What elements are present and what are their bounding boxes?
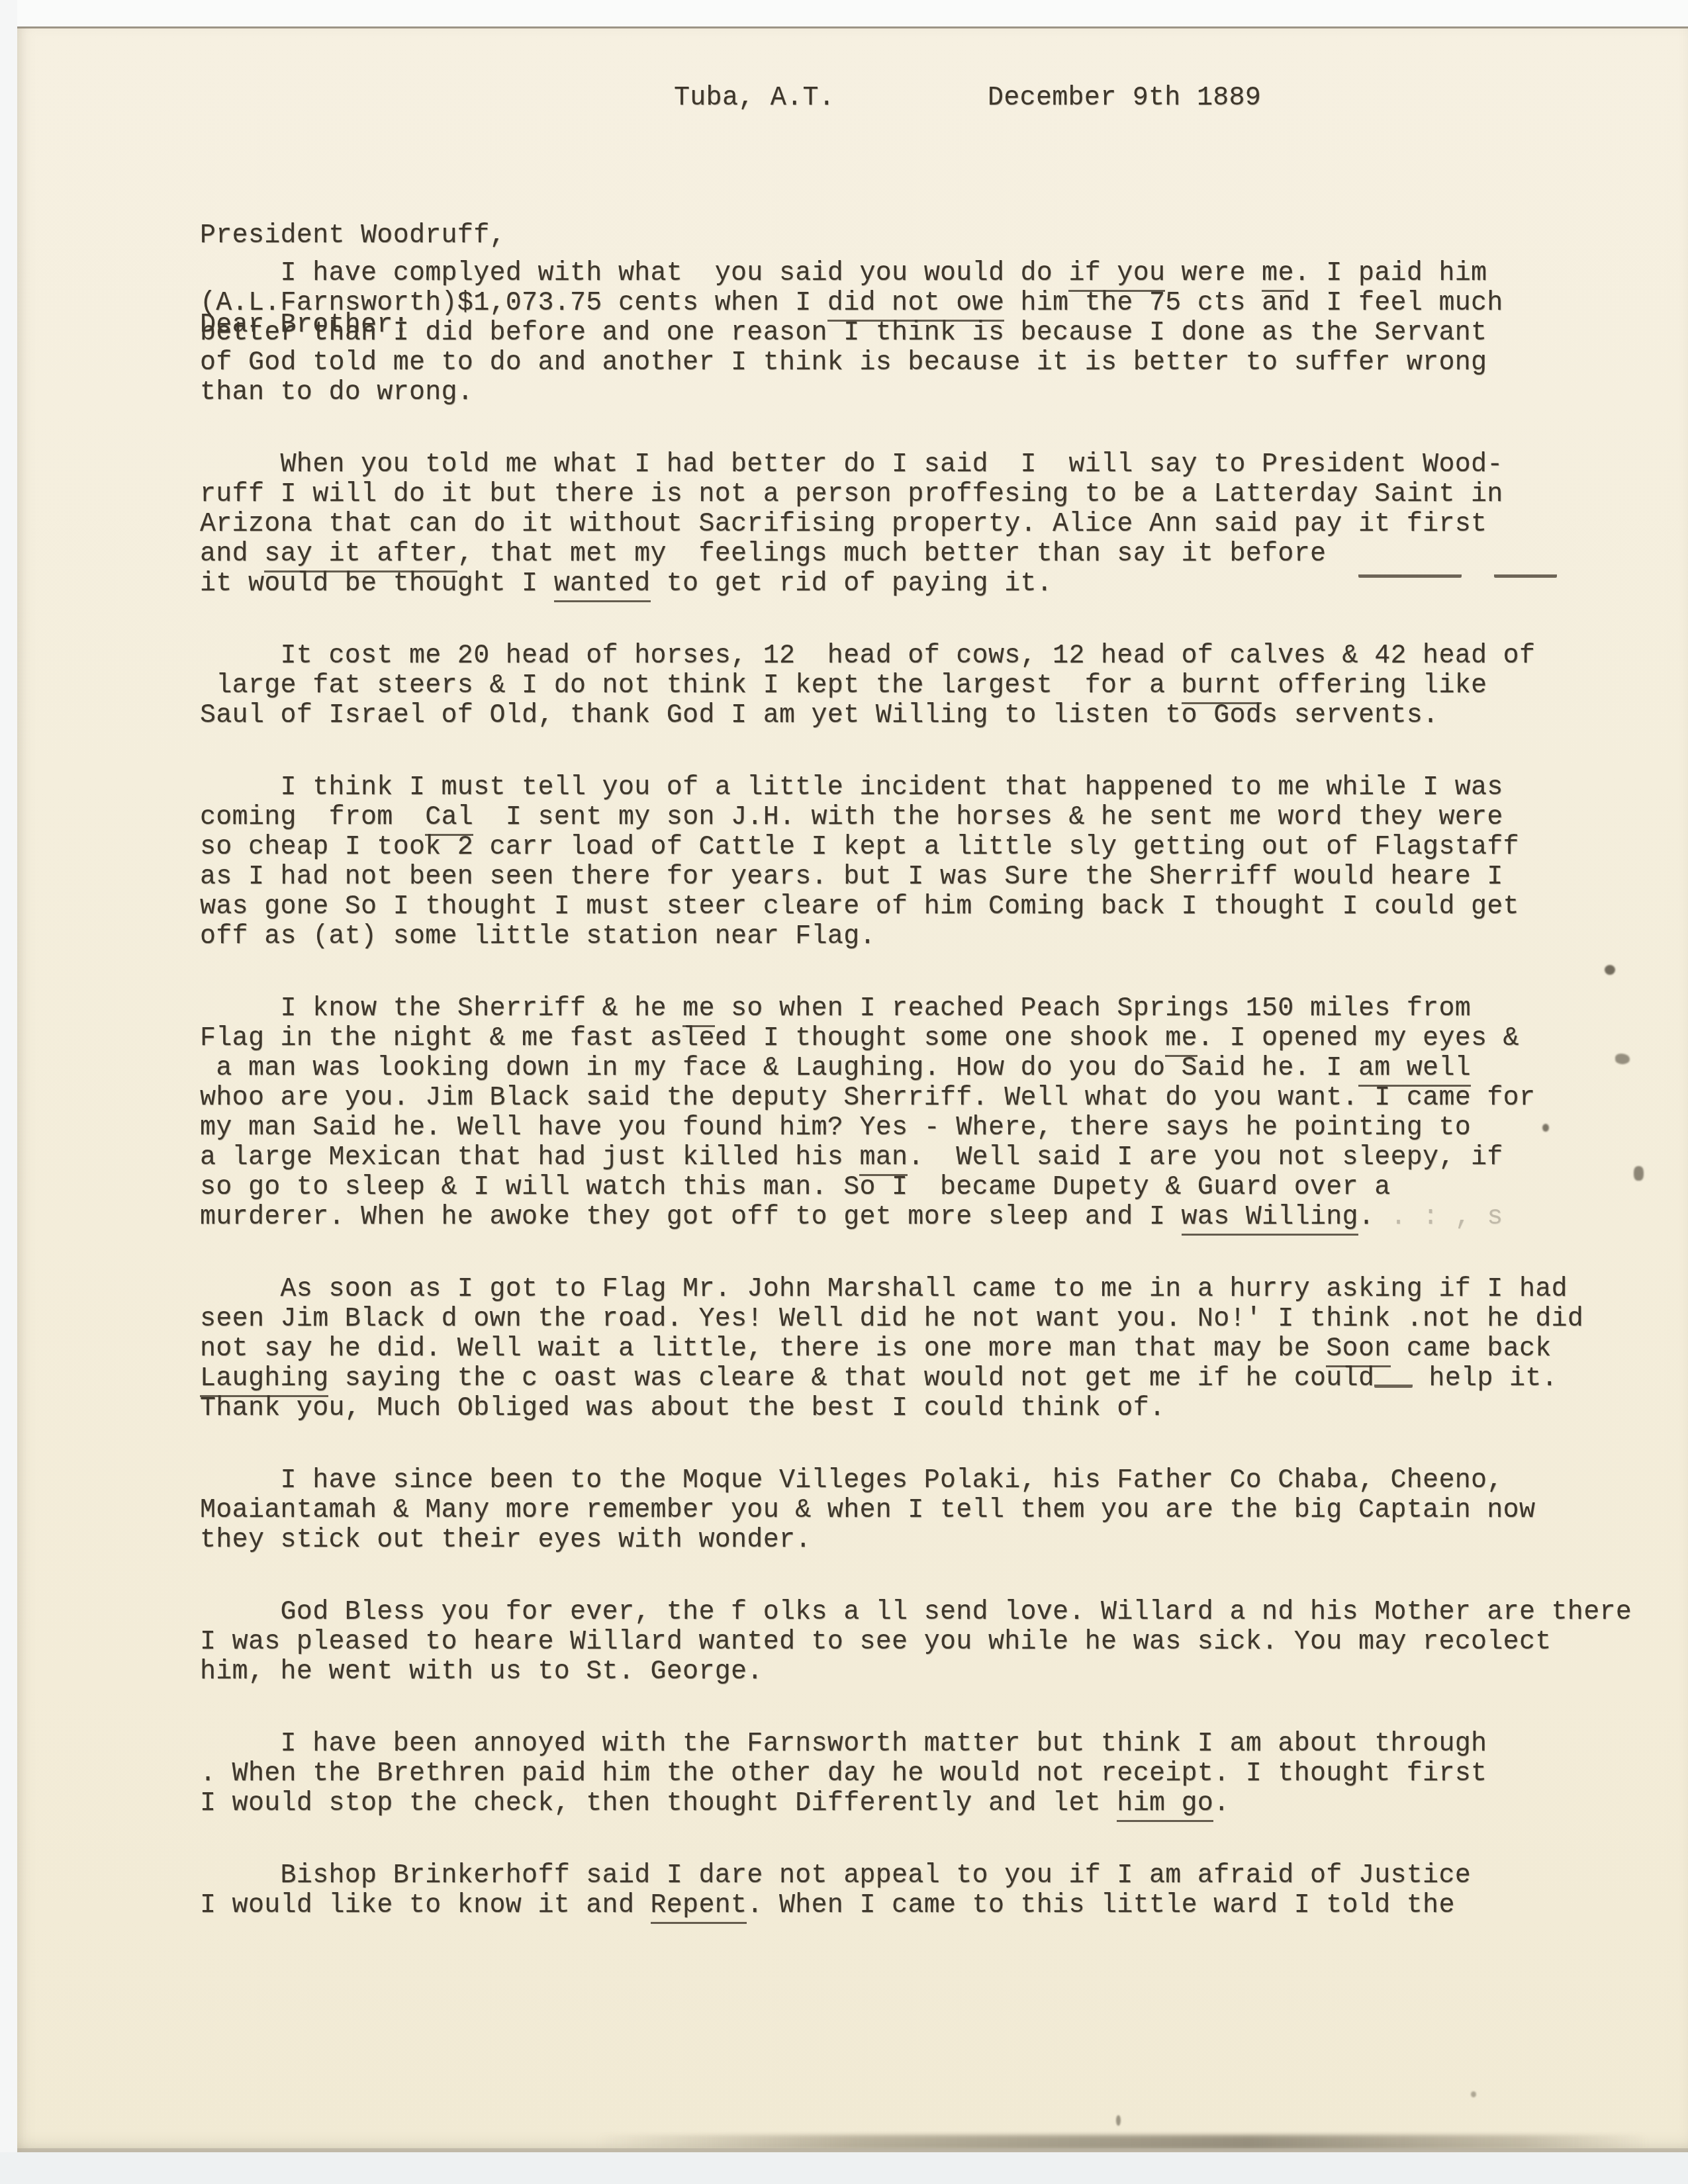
text-run: I was pleased to heare Willard wanted to… (200, 1627, 1552, 1657)
text-run: murderer. When he awoke they got off to … (200, 1203, 1182, 1232)
letter-line: whoo are you. Jim Black said the deputy … (200, 1083, 1617, 1113)
text-run: I sent my son J.H. with the horses & he … (473, 803, 1503, 833)
text-run: I have complyed with what you said you w… (200, 259, 1068, 289)
underlined-text: if you (1068, 259, 1165, 292)
letter-line: murderer. When he awoke they got off to … (200, 1203, 1617, 1232)
dateline-date: December 9th 1889 (988, 83, 1261, 113)
text-run: I have since been to the Moque Villeges … (200, 1466, 1503, 1496)
text-run: I think I must tell you of a little inci… (200, 773, 1503, 803)
ink-speck (1116, 2115, 1121, 2126)
underlined-text: Cal (425, 803, 473, 836)
letter-line: Arizona that can do it without Sacrifisi… (200, 510, 1617, 539)
letter-paragraph: I have complyed with what you said you w… (200, 259, 1617, 408)
letter-line: I would like to know it and Repent. When… (200, 1891, 1617, 1921)
text-run: (A.L.Farnsworth)$1,073.75 cents when I (200, 289, 827, 318)
letter-line: I have complyed with what you said you w… (200, 259, 1617, 289)
letter-line: I would stop the check, then thought Dif… (200, 1789, 1617, 1819)
text-run: off as (at) some little station near Fla… (200, 922, 876, 952)
text-run: to get rid of paying it. (651, 569, 1053, 599)
text-run: . When I came to this little ward I told… (747, 1891, 1454, 1921)
underlined-text: Soon (1326, 1334, 1390, 1367)
text-run: It cost me 20 head of horses, 12 head of… (200, 641, 1535, 671)
text-run: as I had not been seen there for years. … (200, 862, 1503, 892)
letter-paragraph: God Bless you for ever, the f olks a ll … (200, 1598, 1617, 1687)
letter-paragraph: I know the Sherriff & he me so when I re… (200, 994, 1617, 1232)
scan-margin-bottom (0, 2152, 1688, 2184)
underlined-text: me (1165, 1024, 1197, 1057)
letter-paragraph: As soon as I got to Flag Mr. John Marsha… (200, 1275, 1617, 1424)
text-run: of God told me to do and another I think… (200, 348, 1487, 378)
letter-line: (A.L.Farnsworth)$1,073.75 cents when I d… (200, 289, 1617, 318)
letter-line: not say he did. Well wait a little, ther… (200, 1334, 1617, 1364)
letter-line: was gone So I thought I must steer clear… (200, 892, 1617, 922)
underlined-text: man (859, 1143, 908, 1176)
scan-margin-left (0, 0, 17, 2184)
letter-line: than to do wrong. (200, 378, 1617, 408)
letter-line: . When the Brethren paid him the other d… (200, 1759, 1617, 1789)
ink-speck (1615, 1054, 1630, 1064)
typed-rule (1494, 570, 1557, 578)
letter-line: It cost me 20 head of horses, 12 head of… (200, 641, 1617, 671)
scan-smudge-band (596, 2135, 1648, 2150)
letter-line: large fat steers & I do not think I kept… (200, 671, 1617, 701)
text-run: I would stop the check, then thought Dif… (200, 1789, 1117, 1819)
letter-line: better than I did before and one reason … (200, 318, 1617, 348)
letter-line: a large Mexican that had just killed his… (200, 1143, 1617, 1173)
text-run: Moaiantamah & Many more remember you & w… (200, 1496, 1535, 1525)
text-run: . Well said I are you not sleepy, if (908, 1143, 1503, 1173)
letter-line: as I had not been seen there for years. … (200, 862, 1617, 892)
letter-line: Laughing saying the c oast was cleare & … (200, 1364, 1617, 1394)
text-run: so cheap I took 2 carr load of Cattle I … (200, 833, 1519, 862)
text-run: When you told me what I had better do I … (200, 450, 1503, 480)
text-run: him the 75 cts and I feel much (1004, 289, 1503, 318)
ink-speck (1634, 1166, 1644, 1181)
scan-margin-top (0, 0, 1688, 28)
ghost-text: . : , s (1374, 1203, 1503, 1232)
letter-body: I have complyed with what you said you w… (200, 259, 1617, 1963)
letter-line: I was pleased to heare Willard wanted to… (200, 1627, 1617, 1657)
letter-paragraph: I have since been to the Moque Villeges … (200, 1466, 1617, 1555)
text-run: came back (1391, 1334, 1552, 1364)
letter-paragraph: I have been annoyed with the Farnsworth … (200, 1729, 1617, 1819)
letter-line: I think I must tell you of a little inci… (200, 773, 1617, 803)
text-run: I know the Sherriff & he (200, 994, 682, 1024)
letter-line: a man was looking down in my face & Laug… (200, 1054, 1617, 1083)
typed-rule (1358, 570, 1462, 578)
text-run: whoo are you. Jim Black said the deputy … (200, 1083, 1535, 1113)
text-run: seen Jim Black d own the road. Yes! Well… (200, 1304, 1583, 1334)
text-run: , that met my feelings much better than … (457, 539, 1358, 569)
letter-line: coming from Cal I sent my son J.H. with … (200, 803, 1617, 833)
text-run: saying the c oast was cleare & that woul… (328, 1364, 1374, 1394)
letter-line: I have since been to the Moque Villeges … (200, 1466, 1617, 1496)
letter-line: I have been annoyed with the Farnsworth … (200, 1729, 1617, 1759)
letter-line: of God told me to do and another I think… (200, 348, 1617, 378)
text-run: better than I did before and one reason … (200, 318, 1487, 348)
letter-paragraph: Bishop Brinkerhoff said I dare not appea… (200, 1861, 1617, 1921)
letter-line: ruff I will do it but there is not a per… (200, 480, 1617, 510)
text-run: was gone So I thought I must steer clear… (200, 892, 1519, 922)
text-run: . I paid him (1294, 259, 1487, 289)
text-run: a large Mexican that had just killed his (200, 1143, 859, 1173)
letter-line: and say it after, that met my feelings m… (200, 539, 1617, 569)
scanned-letter-page: { "document": { "kind": "typewritten-let… (0, 0, 1688, 2184)
ink-speck (1605, 965, 1615, 975)
ink-speck (1471, 2091, 1476, 2097)
letter-line: they stick out their eyes with wonder. (200, 1525, 1617, 1555)
letter-line: so go to sleep & I will watch this man. … (200, 1173, 1617, 1203)
text-run: my man Said he. Well have you found him?… (200, 1113, 1471, 1143)
underlined-text: am well (1358, 1054, 1471, 1087)
text-run: Bishop Brinkerhoff said I dare not appea… (200, 1861, 1471, 1891)
text-run: . When the Brethren paid him the other d… (200, 1759, 1487, 1789)
letter-line: God Bless you for ever, the f olks a ll … (200, 1598, 1617, 1627)
underlined-text: Laughing (200, 1364, 328, 1397)
letter-line: off as (at) some little station near Fla… (200, 922, 1617, 952)
letter-line: Moaiantamah & Many more remember you & w… (200, 1496, 1617, 1525)
paper-top-edge (17, 26, 1688, 28)
letter-line: seen Jim Black d own the road. Yes! Well… (200, 1304, 1617, 1334)
letter-paragraph: When you told me what I had better do I … (200, 450, 1617, 599)
text-run: than to do wrong. (200, 378, 473, 408)
text-run: so when I reached Peach Springs 150 mile… (715, 994, 1471, 1024)
text-run: Flag in the night & me fast asleed I tho… (200, 1024, 1165, 1054)
underlined-text: wanted (554, 569, 651, 602)
letter-line: Thank you, Much Obliged was about the be… (200, 1394, 1617, 1424)
text-run: . (1213, 1789, 1229, 1819)
text-run: . (1358, 1203, 1374, 1232)
letter-line: my man Said he. Well have you found him?… (200, 1113, 1617, 1143)
underlined-text: him go (1117, 1789, 1213, 1822)
letter-line: Bishop Brinkerhoff said I dare not appea… (200, 1861, 1617, 1891)
text-run: him, he went with us to St. George. (200, 1657, 763, 1687)
typed-rule (1374, 1381, 1413, 1388)
salutation-recipient: President Woodruff, (200, 221, 506, 251)
text-run: Thank you, Much Obliged was about the be… (200, 1394, 1165, 1424)
text-run: large fat steers & I do not think I kept… (200, 671, 1182, 701)
underlined-text: did not owe (827, 289, 1004, 322)
text-run: God Bless you for ever, the f olks a ll … (200, 1598, 1632, 1627)
dateline-place: Tuba, A.T. (674, 83, 835, 113)
text-run: so go to sleep & I will watch this man. … (200, 1173, 1391, 1203)
text-run: not say he did. Well wait a little, ther… (200, 1334, 1326, 1364)
letter-line: As soon as I got to Flag Mr. John Marsha… (200, 1275, 1617, 1304)
letter-line: Flag in the night & me fast asleed I tho… (200, 1024, 1617, 1054)
letter-line: so cheap I took 2 carr load of Cattle I … (200, 833, 1617, 862)
letter-line: When you told me what I had better do I … (200, 450, 1617, 480)
underlined-text: was Willing (1182, 1203, 1358, 1236)
text-run: Arizona that can do it without Sacrifisi… (200, 510, 1487, 539)
letter-paragraph: It cost me 20 head of horses, 12 head of… (200, 641, 1617, 731)
underlined-text: me (682, 994, 715, 1027)
text-run: coming from (200, 803, 425, 833)
text-run: help it. (1413, 1364, 1558, 1394)
text-run: I have been annoyed with the Farnsworth … (200, 1729, 1487, 1759)
text-run: ruff I will do it but there is not a per… (200, 480, 1503, 510)
text-run: offering like (1262, 671, 1487, 701)
letter-line: Saul of Israel of Old, thank God I am ye… (200, 701, 1617, 731)
text-run: Saul of Israel of Old, thank God I am ye… (200, 701, 1438, 731)
underlined-text: me (1262, 259, 1294, 292)
text-run: . I opened my eyes & (1197, 1024, 1519, 1054)
letter-line: him, he went with us to St. George. (200, 1657, 1617, 1687)
text-run: a man was looking down in my face & Laug… (200, 1054, 1358, 1083)
text-run: were (1165, 259, 1262, 289)
underlined-text: say it after (264, 539, 457, 572)
text-run: and (200, 539, 264, 569)
text-run: As soon as I got to Flag Mr. John Marsha… (200, 1275, 1568, 1304)
text-run: it would be thought I (200, 569, 554, 599)
ink-speck (1542, 1124, 1549, 1132)
letter-line: I know the Sherriff & he me so when I re… (200, 994, 1617, 1024)
text-run: they stick out their eyes with wonder. (200, 1525, 812, 1555)
letter-paragraph: I think I must tell you of a little inci… (200, 773, 1617, 952)
underlined-text: burnt (1182, 671, 1262, 704)
text-run (1462, 539, 1494, 569)
text-run: I would like to know it and (200, 1891, 651, 1921)
underlined-text: Repent (651, 1891, 747, 1924)
